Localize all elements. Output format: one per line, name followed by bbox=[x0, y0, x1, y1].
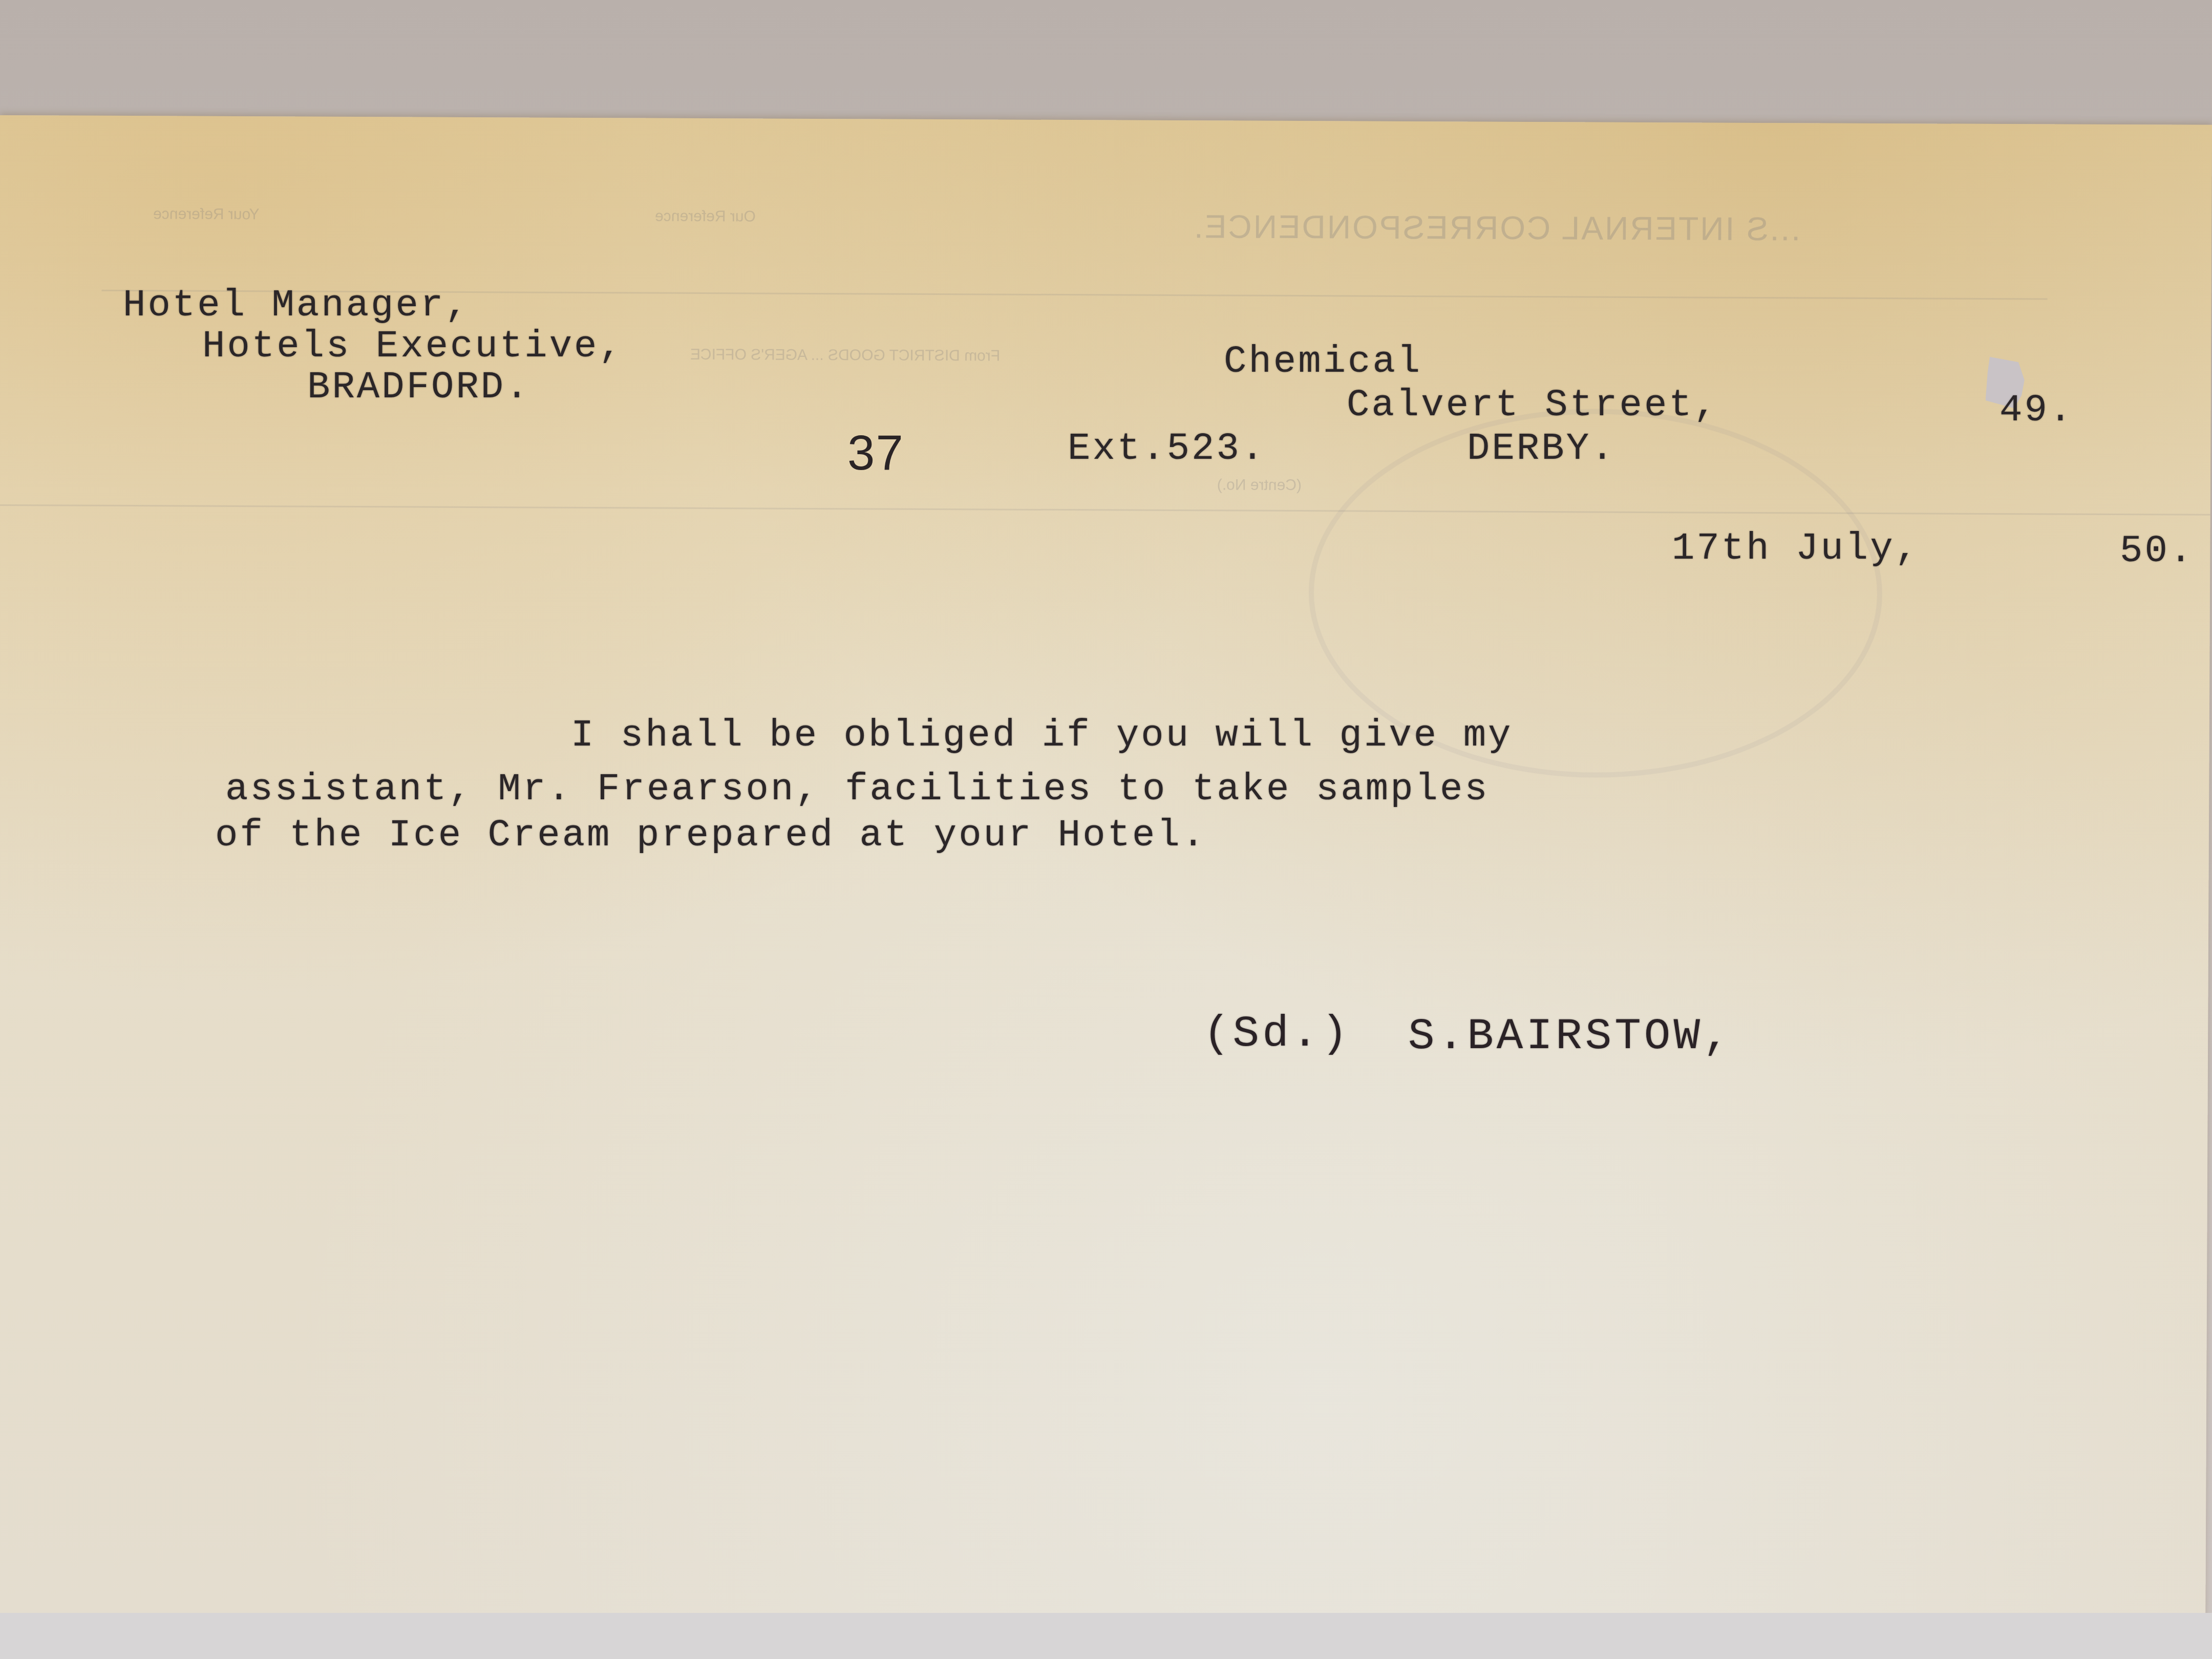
signature-prefix: (Sd.) bbox=[1203, 1009, 1351, 1059]
body-line-1: I shall be obliged if you will give my bbox=[571, 714, 1513, 757]
body-line-3: of the Ice Cream prepared at your Hotel. bbox=[215, 814, 1206, 857]
our-reference-label: Our Reference bbox=[655, 208, 756, 226]
letterhead-show-through: ...S INTERNAL CORRESPONDENCE. bbox=[1193, 207, 1800, 248]
sender-city: DERBY. bbox=[1467, 428, 1615, 471]
reference-number: 37 bbox=[847, 425, 904, 481]
addressee-line-2: Hotels Executive, bbox=[202, 325, 624, 368]
telephone-extension: Ext.523. bbox=[1068, 428, 1266, 471]
addressee-line-3: BRADFORD. bbox=[307, 366, 530, 409]
addressee-line-1: Hotel Manager, bbox=[123, 284, 470, 327]
show-through-rule bbox=[0, 504, 2210, 516]
your-reference-label: Your Reference bbox=[153, 205, 260, 223]
sender-reference-suffix: 49. bbox=[2000, 389, 2074, 432]
sender-department: Chemical bbox=[1224, 341, 1422, 384]
centre-no-label: (Centre No.) bbox=[1217, 476, 1302, 494]
sender-street: Calvert Street, bbox=[1347, 384, 1718, 427]
signature-name: S.BAIRSTOW, bbox=[1408, 1011, 1733, 1061]
letter-date: 17th July, bbox=[1672, 527, 1920, 570]
body-line-2: assistant, Mr. Frearson, facilities to t… bbox=[225, 768, 1490, 811]
desk-surface bbox=[0, 1613, 2212, 1659]
letter-year: 50. bbox=[2120, 530, 2194, 573]
from-label: From DISTRICT GOODS ... AGER'S OFFICE bbox=[690, 346, 1000, 365]
